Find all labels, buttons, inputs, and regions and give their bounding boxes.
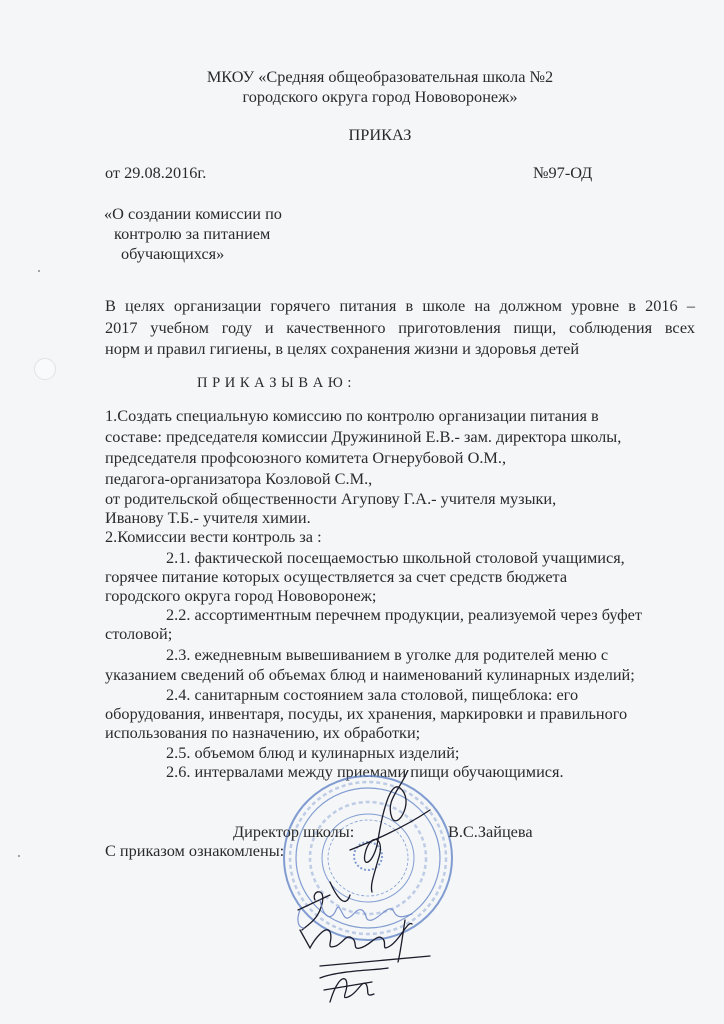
item1-line: Иванову Т.Б.- учителя химии. <box>105 508 311 528</box>
item2-line: столовой; <box>105 624 172 644</box>
scan-speck <box>18 855 20 857</box>
item2-line: использования по назначению, их обработк… <box>105 723 420 743</box>
order-date: от 29.08.2016г. <box>105 163 206 183</box>
document-type-title: ПРИКАЗ <box>180 125 580 145</box>
item2-line: 2.3. ежедневным вывешиванием в уголке дл… <box>166 645 608 665</box>
item2-heading: 2.Комиссии вести контроль за : <box>105 527 322 547</box>
preamble-line3: норм и правил гигиены, в целях сохранени… <box>105 339 579 359</box>
item1-line: составе: председателя комиссии Дружинино… <box>105 427 621 447</box>
acknowledged-label: С приказом ознакомлены: <box>105 841 284 861</box>
subject-line3: обучающихся» <box>121 244 224 264</box>
item2-line: 2.2. ассортиментным перечнем продукции, … <box>166 605 642 625</box>
item2-line: 2.4. санитарным состоянием зала столовой… <box>166 685 578 705</box>
order-number: №97-ОД <box>533 163 592 183</box>
scanned-document-page: МКОУ «Средняя общеобразовательная школа … <box>0 0 724 1024</box>
subject-line1: «О создании комиссии по <box>104 204 282 224</box>
item1-line: председателя профсоюзного комитета Огнер… <box>105 448 506 468</box>
item2-line: 2.1. фактической посещаемостью школьной … <box>166 548 625 568</box>
preamble-line1: В целях организации горячего питания в ш… <box>105 296 695 316</box>
order-word: П Р И К А З Ы В А Ю : <box>197 373 352 393</box>
item1-line: педагога-организатора Козловой С.М., <box>105 469 372 489</box>
item1-line: от родительской общественности Агупову Г… <box>105 489 556 509</box>
item2-line: 2.5. объемом блюд и кулинарных изделий; <box>166 743 459 763</box>
item2-line: указанием сведений об объемах блюд и наи… <box>105 665 635 685</box>
item2-line: горячее питание которых осуществляется з… <box>105 567 567 587</box>
subject-line2: контролю за питанием <box>114 224 270 244</box>
item2-line: оборудования, инвентаря, посуды, их хран… <box>105 704 627 724</box>
punch-hole <box>34 358 56 380</box>
organization-name-line1: МКОУ «Средняя общеобразовательная школа … <box>180 67 580 87</box>
item1-line: 1.Создать специальную комиссию по контро… <box>105 406 599 426</box>
item2-line: городского округа город Нововоронеж; <box>105 586 376 606</box>
scan-speck <box>38 270 40 272</box>
handwritten-signature-icon <box>290 770 470 1020</box>
organization-name-line2: городского округа город Нововоронеж» <box>180 87 580 107</box>
preamble-line2: 2017 учебном году и качественного пригот… <box>105 318 695 338</box>
